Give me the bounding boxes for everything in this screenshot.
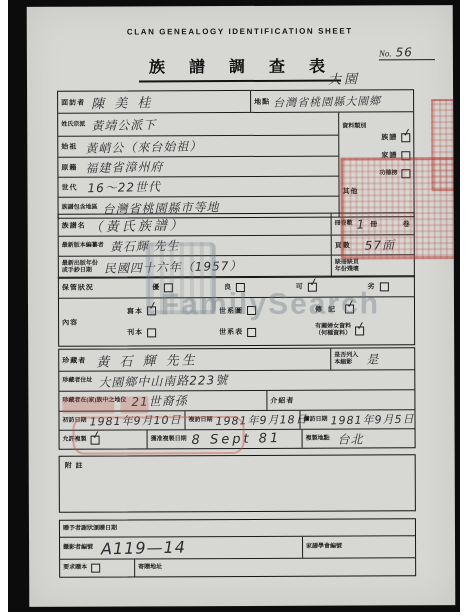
printed-checkbox-icon <box>147 328 156 337</box>
survey-left-column: 姓氏宗派 黃靖公派下 始祖 黃峭公（來台始祖） 原籍 福建省漳州府 世代 16～… <box>58 113 338 218</box>
society-label: 家譜學會編號 <box>306 544 342 551</box>
women-records-sublabel: （何種資料） <box>315 331 351 338</box>
area-label: 族譜包含地區 <box>62 204 98 211</box>
request-copy-row: 要求贈本 寄贈地址 <box>60 557 415 577</box>
copy-place-label: 複製地點 <box>306 435 330 442</box>
printed-option: 刊本 <box>127 327 219 337</box>
origin-value: 福建省漳州府 <box>85 158 163 177</box>
address-label: 珍藏者住址 <box>62 378 92 385</box>
place-label: 地點 <box>254 96 270 106</box>
request-copy-label: 要求贈本 <box>63 565 87 572</box>
notes-label: 附 註 <box>65 461 84 471</box>
generations-value: 16～22世代 <box>87 178 161 197</box>
generations-label: 世代 <box>61 182 77 192</box>
ancestor-label: 始祖 <box>61 142 77 152</box>
address-row: 珍藏者住址 大園鄉中山南路223號 <box>59 369 414 391</box>
keeper-value: 黃 石 輝 先生 <box>96 349 198 370</box>
interviewer-value: 陳 美 桂 <box>91 92 154 112</box>
pedigree-table-checkbox-icon <box>247 328 256 337</box>
keeper-label: 珍藏者 <box>62 355 86 365</box>
mailing-address-label: 寄贈地址 <box>138 564 162 571</box>
category-label: 資料類別 <box>342 123 366 129</box>
address-value: 大園鄉中山南路223號 <box>98 371 228 391</box>
clan-value: 黃靖公派下 <box>91 115 156 133</box>
introducer-label: 介紹者 <box>270 395 294 405</box>
sheet-number: No.56 <box>379 43 441 60</box>
place-value: 台灣省桃園縣大園鄉 <box>273 92 381 110</box>
microfilm-value: 是 <box>366 350 379 367</box>
number-value: 56 <box>396 45 413 59</box>
microfilm-label-line1: 是否列入 <box>334 352 358 359</box>
keeper-row: 珍藏者 黃 石 輝 先生 是否列入 本縮影 是 <box>59 348 414 371</box>
copy-place-cell: 複製地點 台北 <box>302 429 415 447</box>
document-page: CLAN GENEALOGY IDENTIFICATION SHEET 族 譜 … <box>27 5 456 607</box>
mailing-address-cell: 寄贈地址 <box>134 558 415 576</box>
contents-label: 內容 <box>62 317 78 327</box>
manuscript-label: 寫本 <box>127 306 143 316</box>
interviewer-cell: 面訪者 陳 美 桂 <box>58 91 250 113</box>
address-cell: 珍藏者住址 大園鄉中山南路223號 <box>59 370 414 391</box>
generations-row: 世代 16～22世代 <box>58 176 338 197</box>
pubdate-label-line1: 最新出版年份 <box>62 260 98 267</box>
copy-place-value: 台北 <box>337 430 363 448</box>
pedigree-table-option: 世系表 <box>219 327 315 337</box>
followup-visit-cell: 續訪日期 1981年9月5日 <box>299 410 417 429</box>
microfilm-label-line2: 本縮影 <box>334 359 358 366</box>
genealogy-title-value: （黃氏族譜） <box>89 214 185 235</box>
clan-row: 姓氏宗派 黃靖公派下 <box>58 113 338 136</box>
photographer-value: A119—14 <box>101 538 186 559</box>
red-seal-stamp-edge <box>431 99 455 191</box>
zupu-checkmark-icon: ✓ <box>401 125 412 139</box>
english-title: CLAN GENEALOGY IDENTIFICATION SHEET <box>27 26 453 37</box>
admin-table: 贈予者謝狀頒贈日期 攝影者編號 A119—14 家譜學會編號 要求贈本 寄贈地址 <box>59 518 416 578</box>
red-round-stamp-outline <box>72 416 244 455</box>
familysearch-text-watermark: FamilySearch <box>161 287 380 322</box>
red-stamp-patch-1 <box>62 397 114 414</box>
genealogy-title-label: 族譜名 <box>62 220 86 230</box>
certificate-label: 贈予者謝狀頒贈日期 <box>63 525 117 532</box>
chinese-title: 族 譜 調 查 表 <box>139 54 341 83</box>
women-records-option: 有關婦女資料 （何種資料） ✓ <box>315 323 414 337</box>
photographer-row: 攝影者編號 A119—14 家譜學會編號 <box>60 535 415 559</box>
pedigree-table-label: 世系表 <box>219 327 243 337</box>
region-handwritten: 大園 <box>328 68 360 88</box>
microfilm-cell: 是否列入 本縮影 是 <box>330 348 414 369</box>
zupu-checkbox-icon: ✓ <box>401 133 410 142</box>
certificate-row: 贈予者謝狀頒贈日期 <box>60 519 415 537</box>
ancestor-value: 黃峭公（來台始祖） <box>85 137 202 157</box>
editor-label: 最新版本編纂者 <box>62 243 104 250</box>
photographer-cell: 攝影者編號 A119—14 <box>60 537 302 559</box>
pubdate-label-line2: 或手鈔日期 <box>62 267 98 274</box>
request-copy-cell: 要求贈本 <box>60 559 134 576</box>
keeper-cell: 珍藏者 黃 石 輝 先生 <box>59 349 330 371</box>
poor-checkbox-icon <box>380 282 389 291</box>
printed-label: 刊本 <box>127 328 143 338</box>
followup-visit-label: 續訪日期 <box>303 416 327 423</box>
missing-label-line1: 缺冊缺頁 <box>335 259 359 266</box>
genealogy-title-cell: 族譜名 （黃氏族譜） <box>59 214 331 236</box>
number-label: No. <box>379 48 392 58</box>
followup-visit-value: 1981年9月5日 <box>330 411 414 429</box>
place-cell: 地點 台灣省桃園縣大園鄉 <box>250 90 413 112</box>
interviewer-row: 面訪者 陳 美 桂 地點 台灣省桃園縣大園鄉 <box>58 90 413 113</box>
origin-label: 原籍 <box>61 162 77 172</box>
red-stamp-patch-2 <box>120 396 148 413</box>
request-copy-checkbox-icon <box>91 564 100 573</box>
women-records-checkbox-icon: ✓ <box>355 326 364 335</box>
notes-table: 附 註 <box>59 454 416 513</box>
origin-row: 原籍 福建省漳州府 <box>58 156 338 177</box>
category-option-zupu: 族譜 ✓ <box>342 128 410 146</box>
photographer-label: 攝影者編號 <box>63 545 93 552</box>
interviewer-label: 面訪者 <box>61 97 85 107</box>
introducer-cell: 介紹者 <box>266 390 414 410</box>
number-underline <box>379 59 435 60</box>
contents-label-cell: 內容 <box>59 298 127 345</box>
ancestor-row: 始祖 黃峭公（來台始祖） <box>58 135 338 157</box>
society-cell: 家譜學會編號 <box>302 536 415 557</box>
certificate-cell: 贈予者謝狀頒贈日期 <box>60 521 120 537</box>
zupu-label: 族譜 <box>381 132 397 142</box>
condition-label: 保管狀況 <box>62 283 94 293</box>
condition-label-cell: 保管狀況 <box>59 277 127 297</box>
clan-label: 姓氏宗派 <box>61 121 85 128</box>
missing-label-line2: 年份殘壞 <box>335 266 359 273</box>
